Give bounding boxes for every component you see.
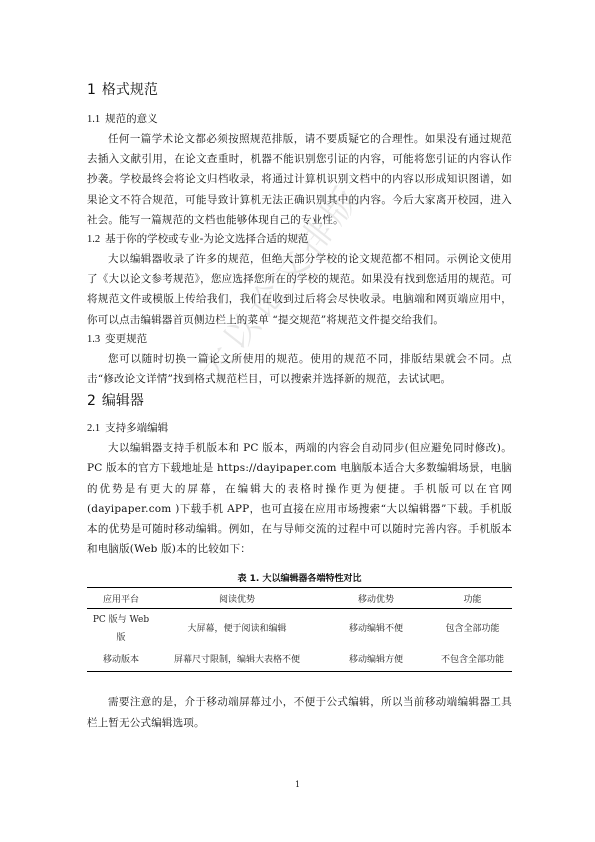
subsection-number: 1.1 [87, 114, 100, 125]
subsection-title: 支持多端编辑 [105, 422, 168, 434]
subsection-title: 规范的意义 [105, 113, 158, 125]
document-page: 大以论文排版 1格式规范 1.1规范的意义 任何一篇学术论文都必须按照规范排版，… [0, 0, 595, 842]
subsection-number: 1.2 [87, 234, 100, 245]
subsection-heading-2-1: 2.1支持多端编辑 [87, 419, 512, 438]
closing-paragraph: 需要注意的是，介于移动端屏幕过小，不便于公式编辑，所以当前移动端编辑器工具栏上暂… [87, 692, 512, 732]
table-row: 移动版本 屏幕尺寸限制，编辑大表格不便 移动编辑方便 不包含全部功能 [87, 649, 512, 672]
table-cell: 大屏幕，便于阅读和编辑 [155, 609, 319, 650]
paragraph-2-1: 大以编辑器支持手机版本和 PC 版本，两端的内容会自动同步(但应避免同时修改)。… [87, 438, 512, 559]
subsection-title: 变更规范 [105, 333, 147, 345]
subsection-heading-1-1: 1.1规范的意义 [87, 110, 512, 129]
paragraph-1-2: 大以编辑器收录了许多的规范，但绝大部分学校的论文规范都不相同。示例论文使用了《大… [87, 249, 512, 330]
table-cell: 不包含全部功能 [433, 649, 512, 672]
section-number: 2 [87, 393, 96, 409]
table-row: PC 版与 Web 版 大屏幕，便于阅读和编辑 移动编辑不便 包含全部功能 [87, 609, 512, 650]
subsection-number: 1.3 [87, 334, 100, 345]
column-header: 应用平台 [87, 588, 155, 609]
subsection-number: 2.1 [87, 423, 100, 434]
table-caption: 表 1. 大以编辑器各端特性对比 [87, 571, 512, 584]
subsection-heading-1-3: 1.3变更规范 [87, 330, 512, 349]
page-number: 1 [0, 780, 595, 789]
table-cell: 屏幕尺寸限制，编辑大表格不便 [155, 649, 319, 672]
table-cell: 移动编辑不便 [319, 609, 433, 650]
paragraph-1-3: 您可以随时切换一篇论文所使用的规范。使用的规范不同，排版结果就会不同。点击“修改… [87, 349, 512, 389]
column-header: 移动优势 [319, 588, 433, 609]
subsection-title: 基于你的学校或专业-为论文选择合适的规范 [105, 233, 308, 245]
section-title: 编辑器 [102, 393, 144, 409]
section-number: 1 [87, 82, 96, 98]
table-header-row: 应用平台 阅读优势 移动优势 功能 [87, 588, 512, 609]
section-heading-2: 2编辑器 [87, 391, 512, 411]
table-cell: 移动编辑方便 [319, 649, 433, 672]
table-cell: 包含全部功能 [433, 609, 512, 650]
table-cell: PC 版与 Web 版 [87, 609, 155, 650]
column-header: 功能 [433, 588, 512, 609]
comparison-table: 应用平台 阅读优势 移动优势 功能 PC 版与 Web 版 大屏幕，便于阅读和编… [87, 587, 512, 672]
section-title: 格式规范 [102, 82, 158, 98]
column-header: 阅读优势 [155, 588, 319, 609]
page-content: 1格式规范 1.1规范的意义 任何一篇学术论文都必须按照规范排版，请不要质疑它的… [87, 80, 512, 733]
section-heading-1: 1格式规范 [87, 80, 512, 100]
table-cell: 移动版本 [87, 649, 155, 672]
paragraph-1-1: 任何一篇学术论文都必须按照规范排版，请不要质疑它的合理性。如果没有通过规范去插入… [87, 129, 512, 230]
subsection-heading-1-2: 1.2基于你的学校或专业-为论文选择合适的规范 [87, 230, 512, 249]
